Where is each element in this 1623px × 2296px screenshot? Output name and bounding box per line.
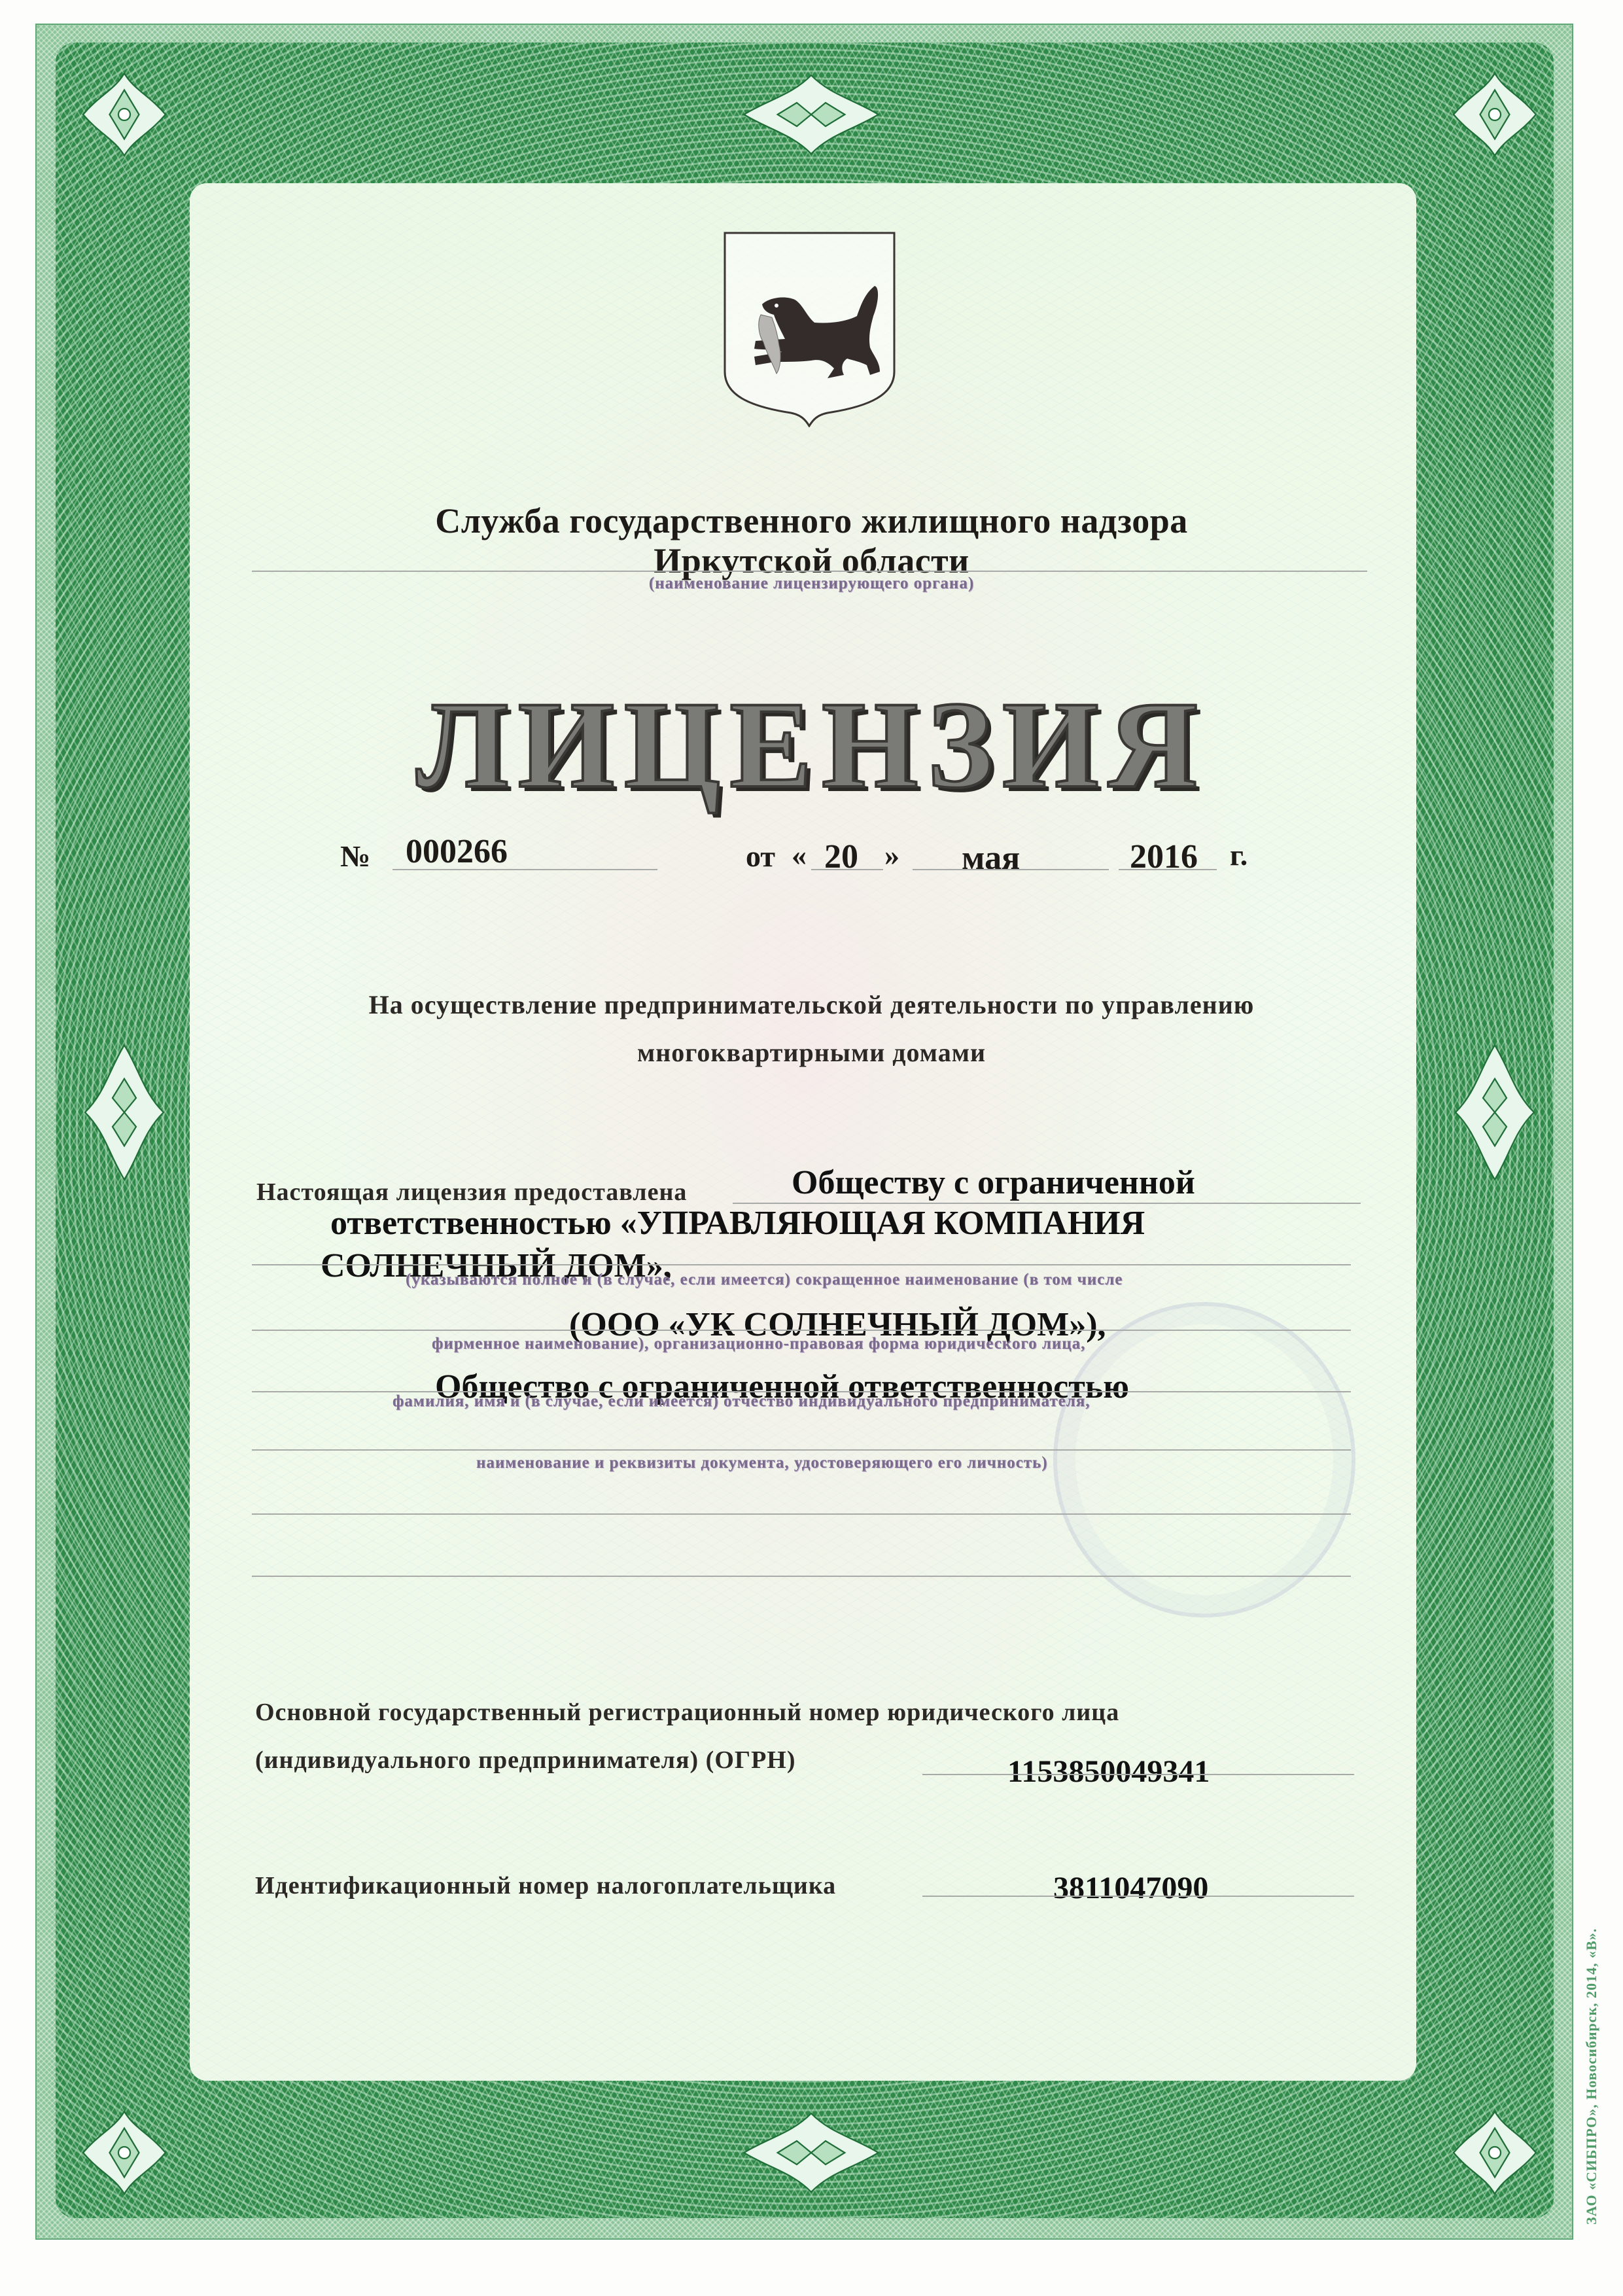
number-label: № [340,839,370,874]
printer-imprint: ЗАО «СИБПРО», Новосибирск, 2014, «В». [1583,1928,1600,2225]
ogrn-label-line1: Основной государственный регистрационный… [255,1698,1119,1727]
date-prefix: от [746,839,775,874]
corner-ornament-icon [1446,65,1544,164]
licensee-caption-1: (указываются полное и (в случае, если им… [406,1271,1123,1289]
licensee-underline-2 [252,1264,1351,1265]
licensee-underline-5 [252,1449,1351,1451]
date-close-quote: » [884,838,899,872]
issuer-underline [252,571,1367,572]
date-day: 20 [824,838,858,876]
stamp-ghost [1053,1302,1355,1617]
date-year: 2016 [1130,838,1198,876]
month-underline [913,869,1109,870]
document-field [190,183,1416,2081]
ogrn-value: 1153850049341 [1007,1754,1210,1790]
corner-ornament-icon [75,2104,173,2202]
blank-line-1 [252,1513,1351,1515]
licensee-full-name-line2: ответственностью «УПРАВЛЯЮЩАЯ КОМПАНИЯ [330,1204,1145,1243]
corner-ornament-icon [75,65,173,164]
licensee-label: Настоящая лицензия предоставлена [256,1178,687,1207]
inn-value: 3811047090 [1053,1870,1208,1906]
date-month: мая [962,839,1020,877]
activity-line2: многоквартирными домами [0,1037,1623,1068]
ogrn-underline [922,1774,1354,1775]
day-underline [811,869,883,870]
licensee-underline-3 [252,1330,1351,1331]
issuer-name-line1: Служба государственного жилищного надзор… [0,501,1623,541]
issuer-caption: (наименование лицензирующего органа) [0,574,1623,593]
ogrn-label-line2: (индивидуального предпринимателя) (ОГРН) [255,1746,796,1775]
licensee-caption-3: фамилия, имя и (в случае, если имеется) … [393,1392,1091,1411]
license-number: 000266 [406,832,508,871]
licensee-full-name-line1: Обществу с ограниченной [792,1163,1195,1202]
licensee-caption-4: наименование и реквизиты документа, удос… [476,1454,1048,1472]
bottom-center-ornament-icon [739,2104,883,2202]
year-underline [1119,869,1217,870]
inn-underline [922,1896,1354,1897]
corner-ornament-icon [1446,2104,1544,2202]
blank-line-2 [252,1576,1351,1577]
date-open-quote: « [792,838,807,872]
activity-line1: На осуществление предпринимательской дея… [0,989,1623,1020]
number-underline [393,869,657,870]
inn-label: Идентификационный номер налогоплательщик… [255,1871,836,1900]
licensee-caption-2: фирменное наименование), организационно-… [432,1335,1085,1353]
date-suffix: г. [1230,838,1248,872]
top-center-ornament-icon [739,65,883,164]
document-title: ЛИЦЕНЗИЯ [0,674,1623,817]
irkutsk-coat-of-arms-icon [723,231,896,427]
